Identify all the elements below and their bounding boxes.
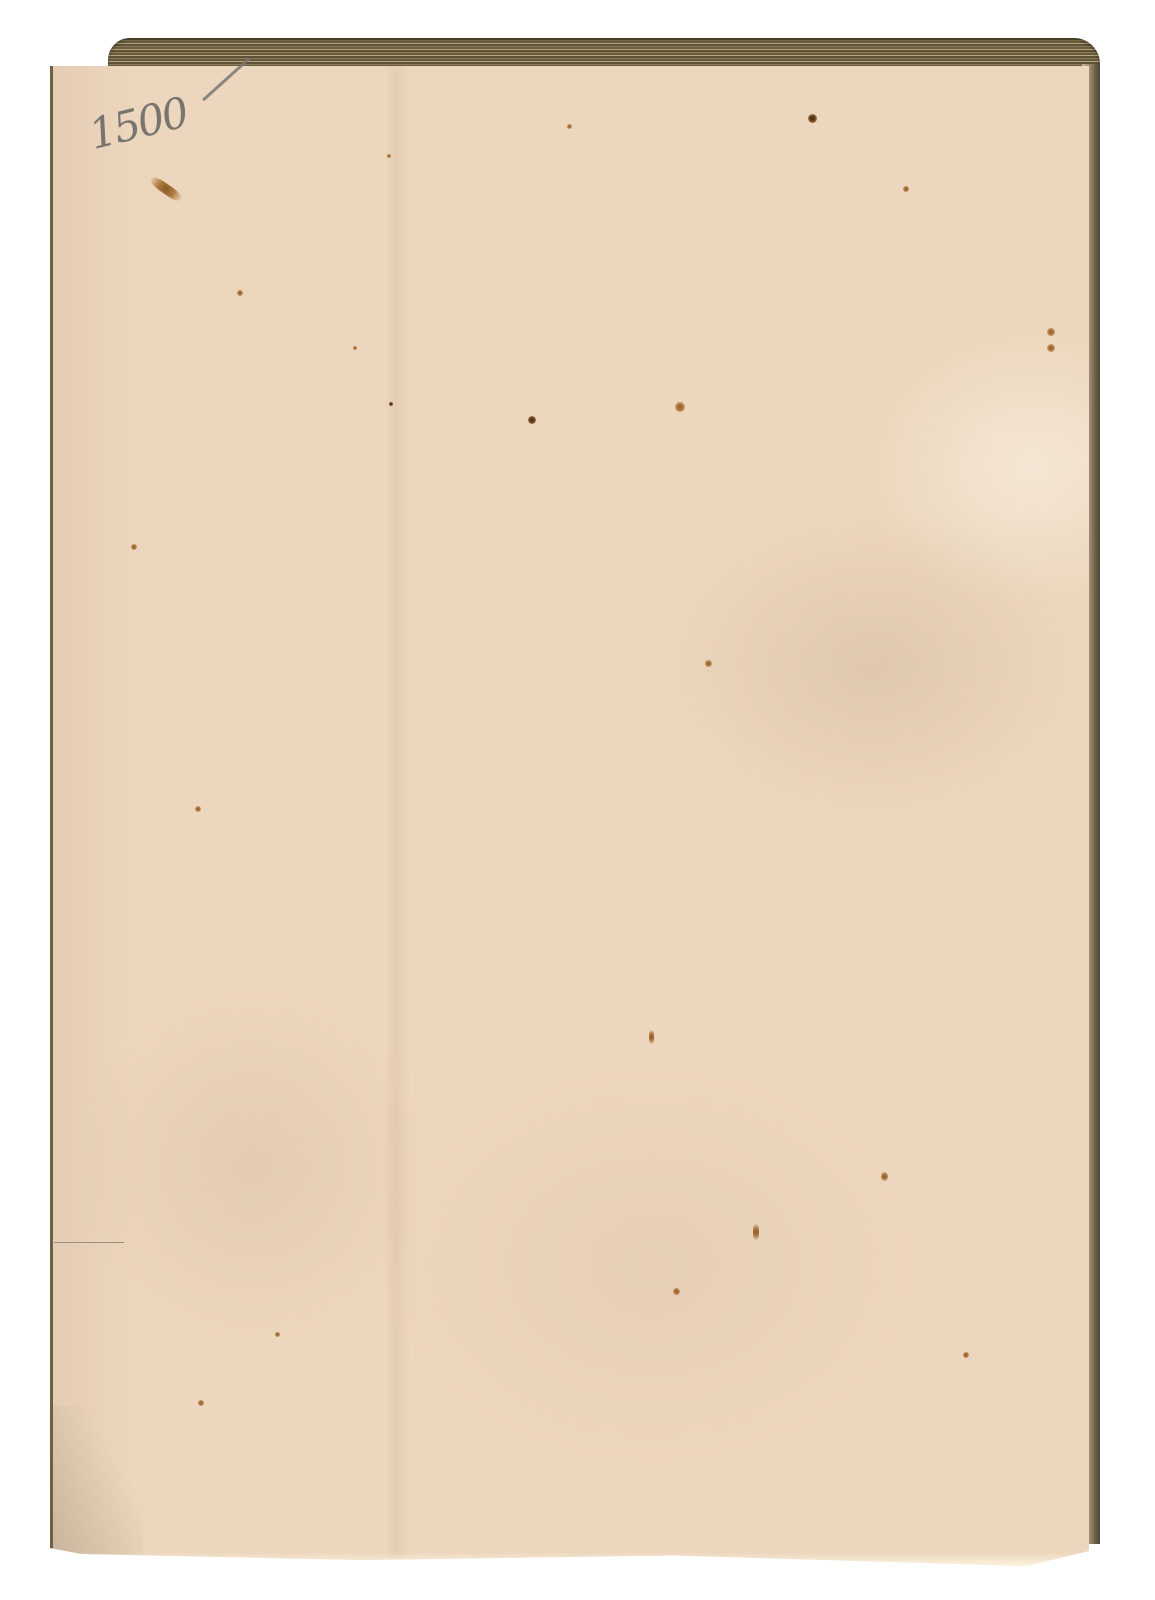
foxing-stain — [198, 1400, 204, 1406]
book-back-cover — [50, 66, 1089, 1566]
foxing-stain — [195, 806, 201, 812]
foxing-stain — [705, 660, 712, 667]
foxing-stain — [903, 186, 909, 192]
foxing-stain — [753, 1224, 759, 1240]
foxing-stain — [387, 154, 391, 158]
foxing-stain — [673, 1288, 680, 1295]
wear-shading — [53, 1406, 143, 1566]
foxing-stain — [675, 402, 685, 412]
foxing-stain — [1047, 328, 1055, 336]
foxing-stain — [963, 1352, 969, 1358]
foxing-stain — [1047, 344, 1055, 352]
foxing-stain — [808, 114, 817, 123]
foxing-stain — [528, 416, 536, 424]
frayed-bottom-edge — [53, 1552, 1089, 1566]
foxing-stain — [567, 124, 572, 129]
foxing-stain — [275, 1332, 280, 1337]
foxing-stain — [148, 175, 183, 204]
foxing-stain — [237, 290, 243, 296]
foxing-stain — [353, 346, 357, 350]
foxing-stain — [131, 544, 137, 550]
foxing-stain — [389, 402, 393, 406]
scan-background: 1500 — [0, 0, 1155, 1600]
foxing-stain — [881, 1172, 888, 1181]
cover-crease — [54, 1242, 124, 1243]
foxing-stain — [649, 1030, 654, 1044]
